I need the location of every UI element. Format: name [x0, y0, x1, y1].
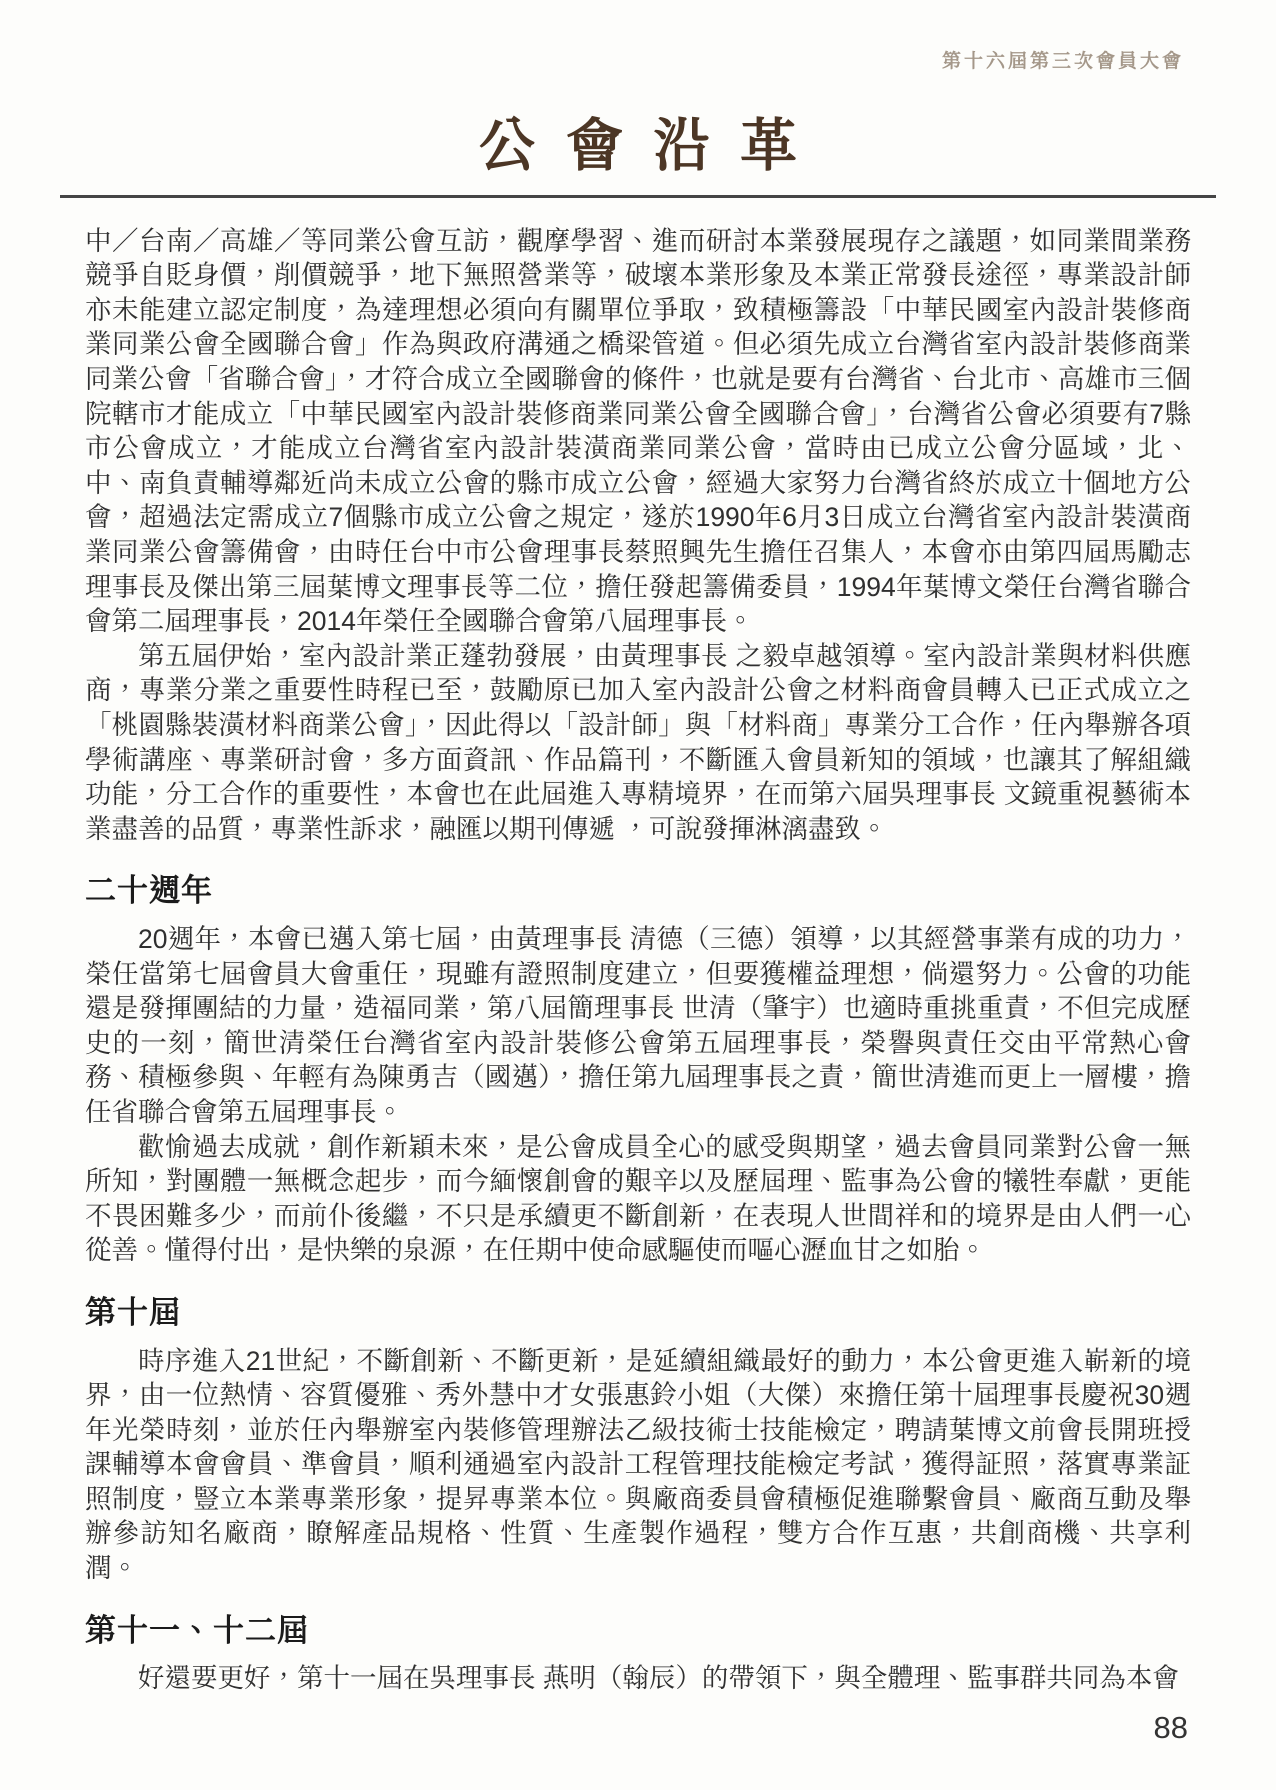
running-header: 第十六屆第三次會員大會 — [942, 46, 1184, 73]
paragraph: 中／台南／高雄／等同業公會互訪，觀摩學習、進而研討本業發展現存之議題，如同業間業… — [85, 224, 1191, 639]
page-title: 公會沿革 — [0, 0, 1276, 179]
body-text: 中／台南／高雄／等同業公會互訪，觀摩學習、進而研討本業發展現存之議題，如同業間業… — [85, 224, 1191, 1696]
section-heading-20th-anniversary: 二十週年 — [85, 874, 1191, 909]
section-heading-10th-term: 第十屆 — [85, 1296, 1191, 1331]
page-number: 88 — [1154, 1710, 1188, 1746]
paragraph: 好還要更好，第十一屆在吳理事長 燕明（翰辰）的帶領下，與全體理、監事群共同為本會 — [85, 1661, 1191, 1696]
section-heading-11th-12th-term: 第十一、十二屆 — [85, 1614, 1191, 1649]
title-divider — [60, 195, 1216, 198]
paragraph: 時序進入21世紀，不斷創新、不斷更新，是延續組織最好的動力，本公會更進入嶄新的境… — [85, 1344, 1191, 1586]
paragraph: 歡愉過去成就，創作新穎未來，是公會成員全心的感受與期望，過去會員同業對公會一無所… — [85, 1130, 1191, 1268]
paragraph: 20週年，本會已邁入第七屆，由黃理事長 清德（三德）領導，以其經營事業有成的功力… — [85, 922, 1191, 1130]
document-page: 第十六屆第三次會員大會 公會沿革 中／台南／高雄／等同業公會互訪，觀摩學習、進而… — [0, 0, 1276, 1790]
paragraph: 第五屆伊始，室內設計業正蓬勃發展，由黃理事長 之毅卓越領導。室內設計業與材料供應… — [85, 639, 1191, 847]
